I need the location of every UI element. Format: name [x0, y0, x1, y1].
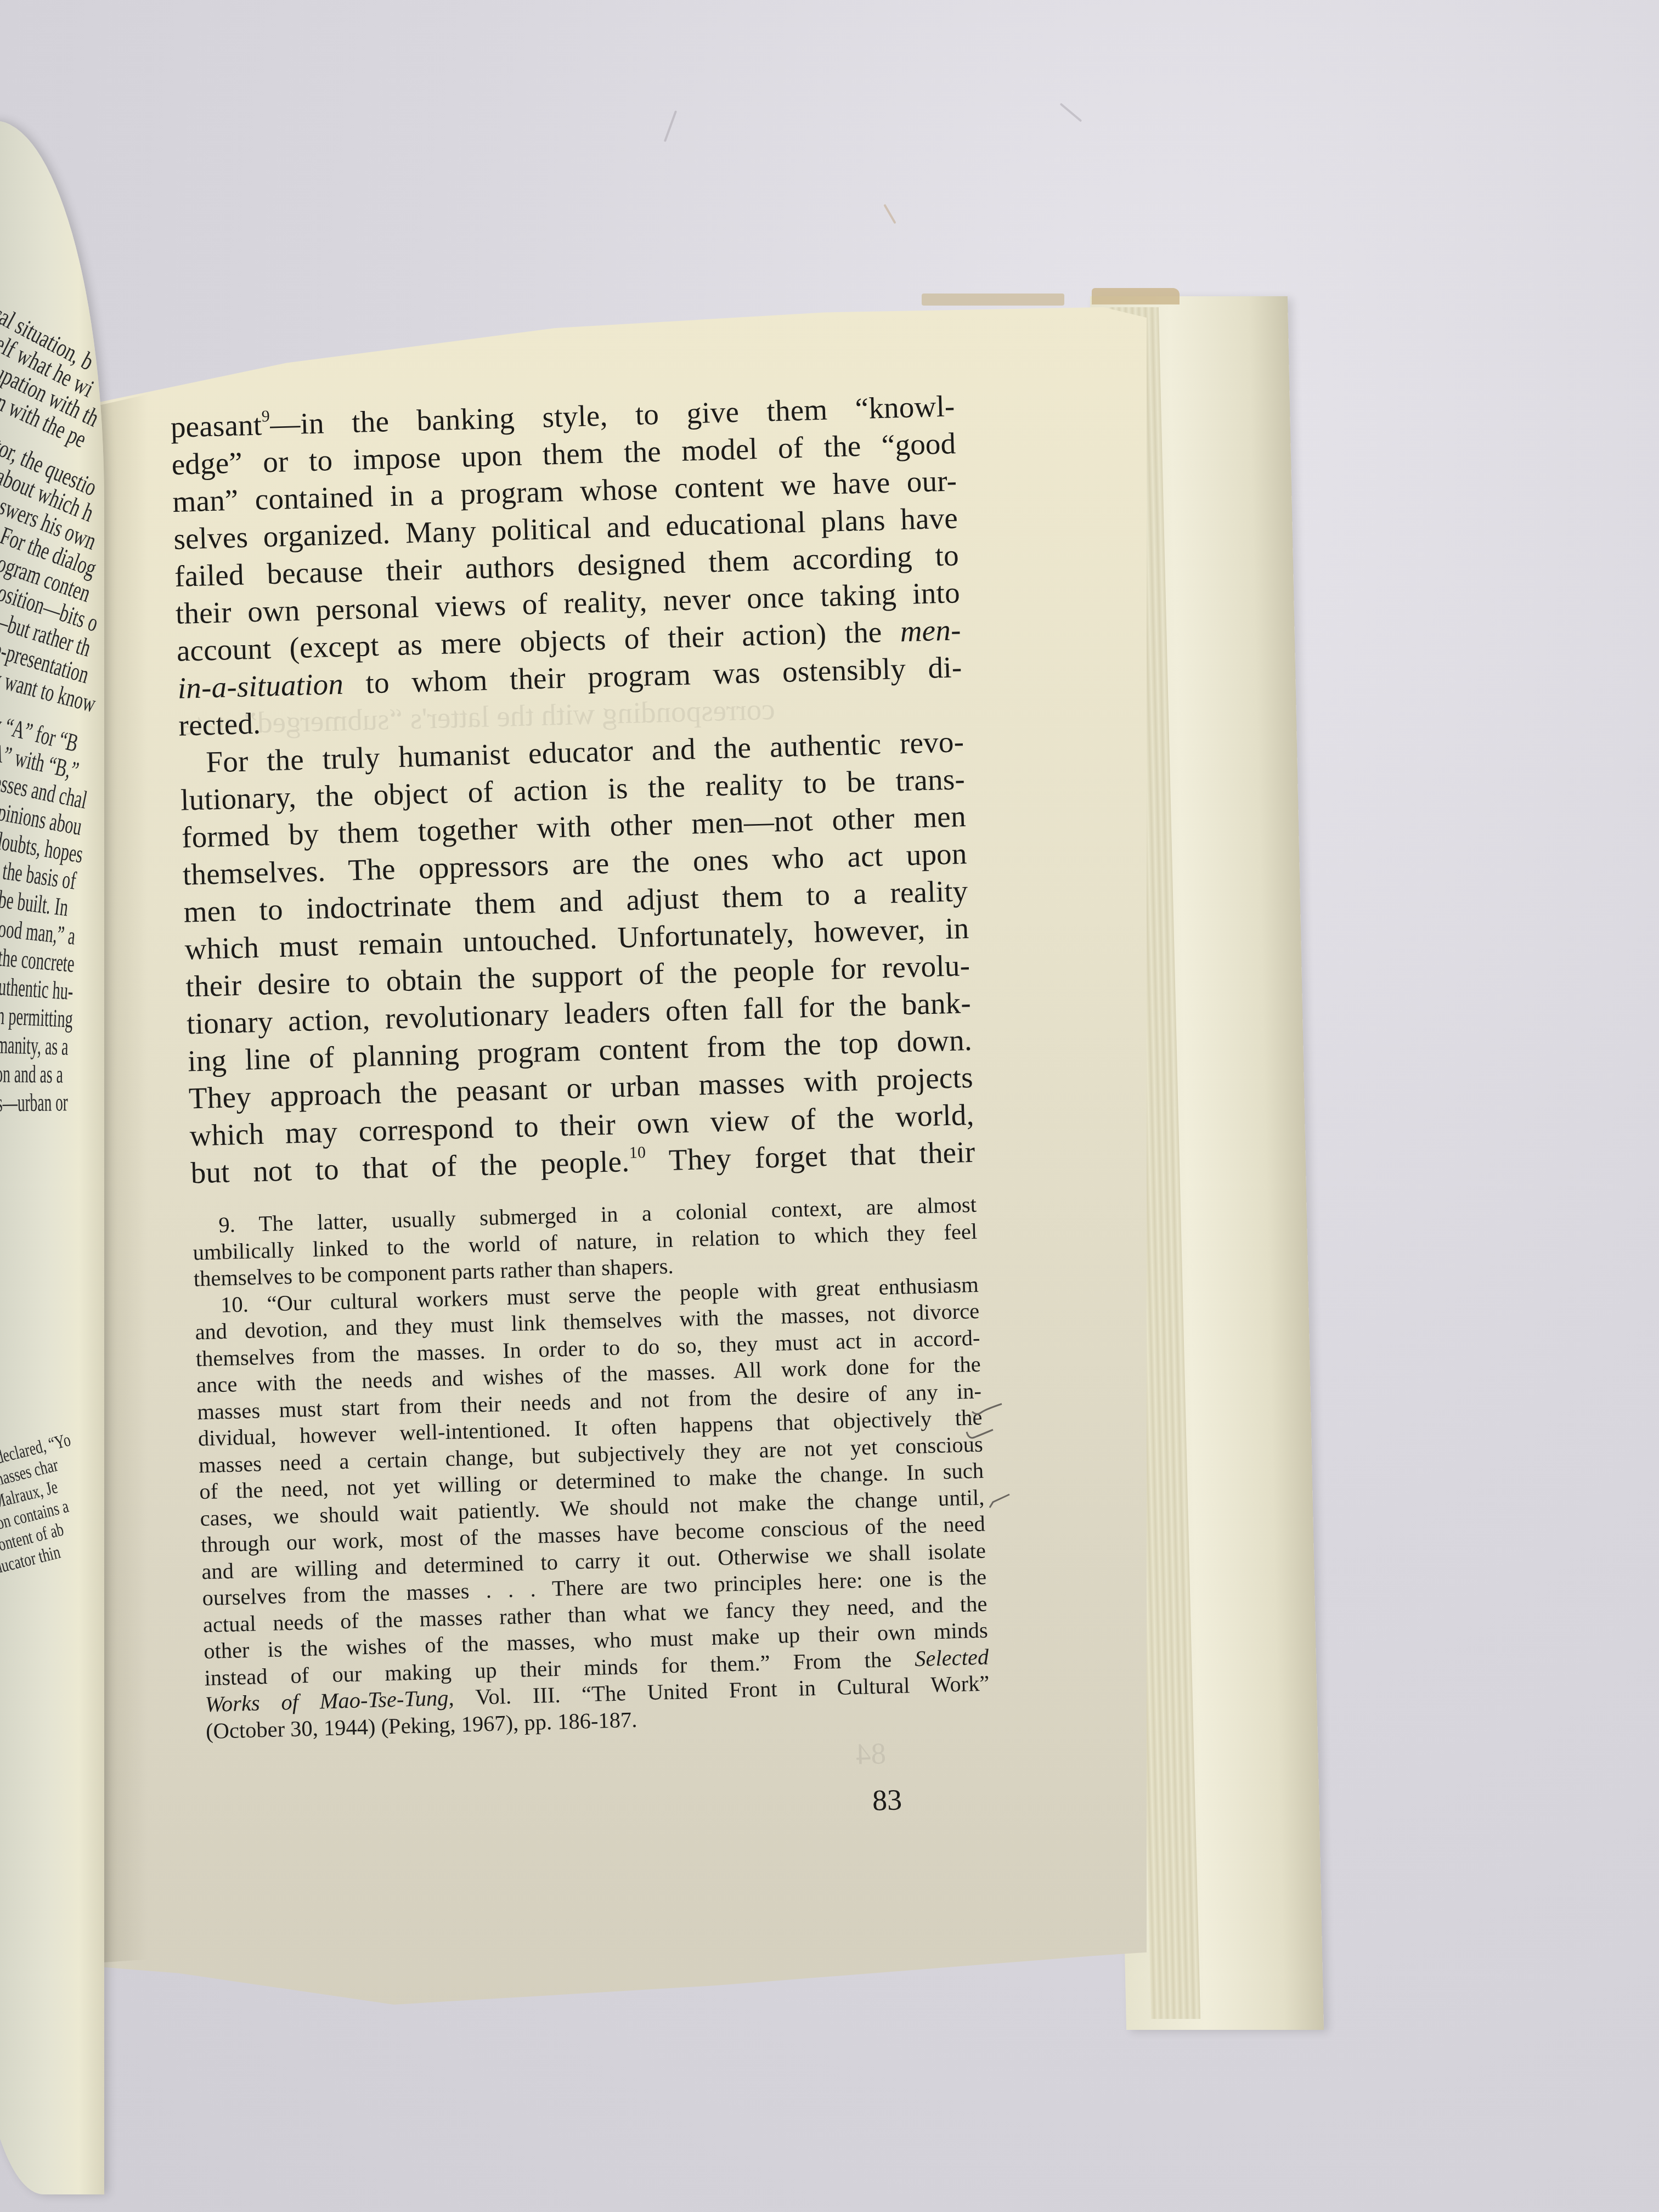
body-text: peasant9—in the banking style, to give t… — [170, 387, 975, 1192]
left-page-text-fragment: sts in permitting — [0, 1000, 74, 1034]
surface-mark — [664, 110, 677, 142]
surface-mark — [883, 204, 896, 224]
page-text-block: peasant9—in the banking style, to give t… — [170, 387, 990, 1745]
left-page-curled: ogical situation, bimself what he wioccu… — [0, 121, 104, 2194]
left-page-text-fragment: uation and as a — [0, 1059, 63, 1088]
pencil-tick-icon — [988, 1492, 1020, 1509]
footnote-ref: 9 — [261, 407, 270, 425]
cover-torn-edge — [922, 294, 1064, 306]
bleed-through-page-number: 84 — [855, 1736, 887, 1771]
left-page-text-fragment: orers—urban or — [0, 1087, 68, 1118]
left-page-text-fragment: l humanity, as a — [0, 1029, 69, 1061]
surface-mark — [1060, 103, 1082, 122]
page-number: 83 — [872, 1782, 902, 1817]
cover-torn-corner — [1092, 288, 1180, 304]
pencil-check-icon — [971, 1402, 1004, 1418]
footnote-ref: 10 — [629, 1143, 646, 1162]
pencil-check-icon — [966, 1426, 998, 1443]
footnotes: 9. The latter, usually submerged in a co… — [192, 1192, 991, 1745]
